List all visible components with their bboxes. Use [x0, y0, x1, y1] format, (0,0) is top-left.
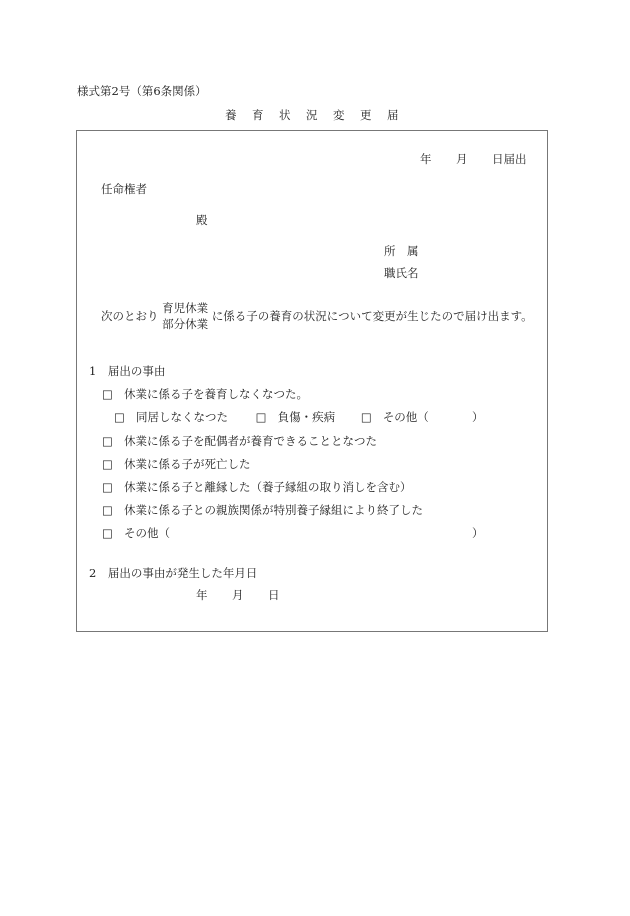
checkbox-icon[interactable]: □: [102, 389, 124, 401]
title-char: 育: [252, 110, 264, 122]
affiliation-field[interactable]: 所 属: [384, 246, 419, 258]
sub-other-close: ）: [472, 412, 484, 424]
checkbox-label: 同居しなくなつた: [136, 410, 228, 424]
checkbox-label: 休業に係る子を配偶者が養育できることとなつた: [124, 434, 377, 448]
checkbox-item[interactable]: □その他（: [102, 528, 170, 540]
date-year-field[interactable]: 年: [420, 154, 432, 166]
section2-heading: 2 届出の事由が発生した年月日: [89, 568, 257, 580]
checkbox-icon[interactable]: □: [361, 412, 383, 424]
form-number: 様式第2号（第6条関係）: [77, 86, 207, 98]
sub-checkbox-row: □同居しなくなつた □負傷・疾病 □その他（: [114, 412, 429, 424]
date-month-field[interactable]: 月: [456, 154, 468, 166]
checkbox-icon[interactable]: □: [102, 459, 124, 471]
checkbox-item[interactable]: □休業に係る子が死亡した: [102, 459, 251, 471]
checkbox-item[interactable]: □休業に係る子と離縁した（養子縁組の取り消しを含む）: [102, 482, 412, 494]
checkbox-item[interactable]: □休業に係る子を配偶者が養育できることとなつた: [102, 436, 377, 448]
checkbox-icon[interactable]: □: [114, 412, 136, 424]
sub-checkbox-item[interactable]: □同居しなくなつた: [114, 410, 228, 424]
checkbox-label: その他（: [383, 410, 429, 424]
title-char: 更: [360, 110, 372, 122]
sub-checkbox-item[interactable]: □負傷・疾病: [256, 410, 336, 424]
occurrence-day-field[interactable]: 日: [268, 590, 280, 602]
occurrence-year-field[interactable]: 年: [196, 590, 208, 602]
checkbox-label: 休業に係る子との親族関係が特別養子縁組により終了した: [124, 503, 423, 517]
title-char: 届: [387, 110, 399, 122]
leave-type-selector[interactable]: 育児休業 部分休業: [162, 301, 208, 332]
option-partial-leave[interactable]: 部分休業: [162, 317, 208, 331]
checkbox-icon[interactable]: □: [102, 528, 124, 540]
checkbox-label: 休業に係る子を養育しなくなつた。: [124, 387, 308, 401]
checkbox-label: その他（: [124, 526, 170, 540]
checkbox-icon[interactable]: □: [102, 482, 124, 494]
section1-heading: 1 届出の事由: [89, 366, 165, 378]
option-childcare-leave[interactable]: 育児休業: [162, 301, 208, 315]
checkbox-item[interactable]: □休業に係る子を養育しなくなつた。: [102, 389, 308, 401]
name-title-field[interactable]: 職氏名: [384, 268, 419, 280]
checkbox-icon[interactable]: □: [102, 505, 124, 517]
addressee-label: 任命権者: [101, 184, 147, 196]
other-close: ）: [472, 528, 484, 540]
checkbox-item[interactable]: □休業に係る子との親族関係が特別養子縁組により終了した: [102, 505, 423, 517]
statement: 次のとおり 育児休業 部分休業 に係る子の養育の状況について変更が生じたので届け…: [101, 301, 533, 332]
title-char: 変: [333, 110, 345, 122]
statement-suffix: に係る子の養育の状況について変更が生じたので届け出ます。: [212, 309, 533, 323]
addressee-honorific: 殿: [196, 215, 208, 227]
checkbox-icon[interactable]: □: [256, 412, 278, 424]
title-char: 況: [306, 110, 318, 122]
checkbox-label: 休業に係る子が死亡した: [124, 457, 251, 471]
form-frame: [76, 130, 548, 632]
title-char: 状: [279, 110, 291, 122]
checkbox-icon[interactable]: □: [102, 436, 124, 448]
checkbox-label: 休業に係る子と離縁した（養子縁組の取り消しを含む）: [124, 480, 412, 494]
occurrence-month-field[interactable]: 月: [232, 590, 244, 602]
date-day-field[interactable]: 日届出: [492, 154, 527, 166]
checkbox-label: 負傷・疾病: [278, 410, 336, 424]
title-char: 養: [225, 110, 237, 122]
form-title: 養育状況変更届: [225, 110, 399, 122]
statement-prefix: 次のとおり: [101, 309, 159, 323]
sub-checkbox-item[interactable]: □その他（: [361, 410, 429, 424]
